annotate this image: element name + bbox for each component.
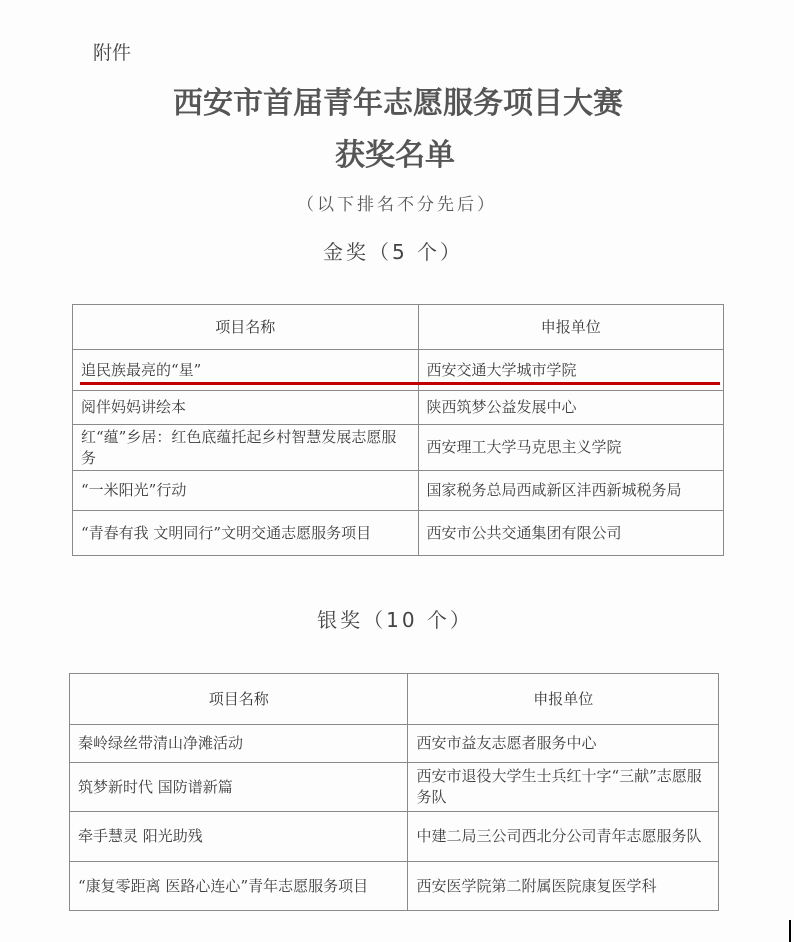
project-name: 牵手慧灵 阳光助残 xyxy=(70,812,408,862)
table-row: “康复零距离 医路心连心”青年志愿服务项目 西安医学院第二附属医院康复医学科 xyxy=(70,862,719,911)
attachment-label: 附件 xyxy=(93,38,131,65)
column-header-project: 项目名称 xyxy=(70,674,408,725)
applicant-unit: 陕西筑梦公益发展中心 xyxy=(418,391,724,425)
project-name: “一米阳光”行动 xyxy=(73,471,419,511)
table-row: 红“蕴”乡居：红色底蕴托起乡村智慧发展志愿服务 西安理工大学马克思主义学院 xyxy=(73,425,724,471)
silver-award-table: 项目名称 申报单位 秦岭绿丝带清山净滩活动 西安市益友志愿者服务中心 筑梦新时代… xyxy=(69,673,719,911)
table-row: 牵手慧灵 阳光助残 中建二局三公司西北分公司青年志愿服务队 xyxy=(70,812,719,862)
gold-award-heading: 金奖（5 个） xyxy=(0,236,790,265)
table-row: “一米阳光”行动 国家税务总局西咸新区沣西新城税务局 xyxy=(73,471,724,511)
document-title-line2: 获奖名单 xyxy=(0,130,792,174)
table-row: 筑梦新时代 国防谱新篇 西安市退役大学生士兵红十字“三献”志愿服务队 xyxy=(70,763,719,812)
table-row: “青春有我 文明同行”文明交通志愿服务项目 西安市公共交通集团有限公司 xyxy=(73,511,724,556)
project-name: 秦岭绿丝带清山净滩活动 xyxy=(70,725,408,763)
project-name: 阅伴妈妈讲绘本 xyxy=(73,391,419,425)
text-cursor xyxy=(789,920,791,942)
column-header-project: 项目名称 xyxy=(73,305,419,350)
table-header-row: 项目名称 申报单位 xyxy=(70,674,719,725)
applicant-unit: 国家税务总局西咸新区沣西新城税务局 xyxy=(418,471,724,511)
ranking-note: （以下排名不分先后） xyxy=(0,190,794,215)
applicant-unit: 西安市退役大学生士兵红十字“三献”志愿服务队 xyxy=(408,763,719,812)
table-header-row: 项目名称 申报单位 xyxy=(73,305,724,350)
applicant-unit: 西安市益友志愿者服务中心 xyxy=(408,725,719,763)
column-header-unit: 申报单位 xyxy=(408,674,719,725)
project-name: 筑梦新时代 国防谱新篇 xyxy=(70,763,408,812)
document-page: 附件 西安市首届青年志愿服务项目大赛 获奖名单 （以下排名不分先后） 金奖（5 … xyxy=(0,0,794,942)
table-row: 秦岭绿丝带清山净滩活动 西安市益友志愿者服务中心 xyxy=(70,725,719,763)
applicant-unit: 中建二局三公司西北分公司青年志愿服务队 xyxy=(408,812,719,862)
project-name: “康复零距离 医路心连心”青年志愿服务项目 xyxy=(70,862,408,911)
silver-award-heading: 银奖（10 个） xyxy=(0,604,792,633)
applicant-unit: 西安理工大学马克思主义学院 xyxy=(418,425,724,471)
applicant-unit: 西安医学院第二附属医院康复医学科 xyxy=(408,862,719,911)
column-header-unit: 申报单位 xyxy=(418,305,724,350)
gold-award-table: 项目名称 申报单位 追民族最亮的“星” 西安交通大学城市学院 阅伴妈妈讲绘本 陕… xyxy=(72,304,724,556)
table-row: 阅伴妈妈讲绘本 陕西筑梦公益发展中心 xyxy=(73,391,724,425)
applicant-unit: 西安市公共交通集团有限公司 xyxy=(418,511,724,556)
document-title: 西安市首届青年志愿服务项目大赛 xyxy=(0,78,794,122)
project-name: 红“蕴”乡居：红色底蕴托起乡村智慧发展志愿服务 xyxy=(73,425,419,471)
project-name: “青春有我 文明同行”文明交通志愿服务项目 xyxy=(73,511,419,556)
red-highlight-underline xyxy=(80,382,720,385)
